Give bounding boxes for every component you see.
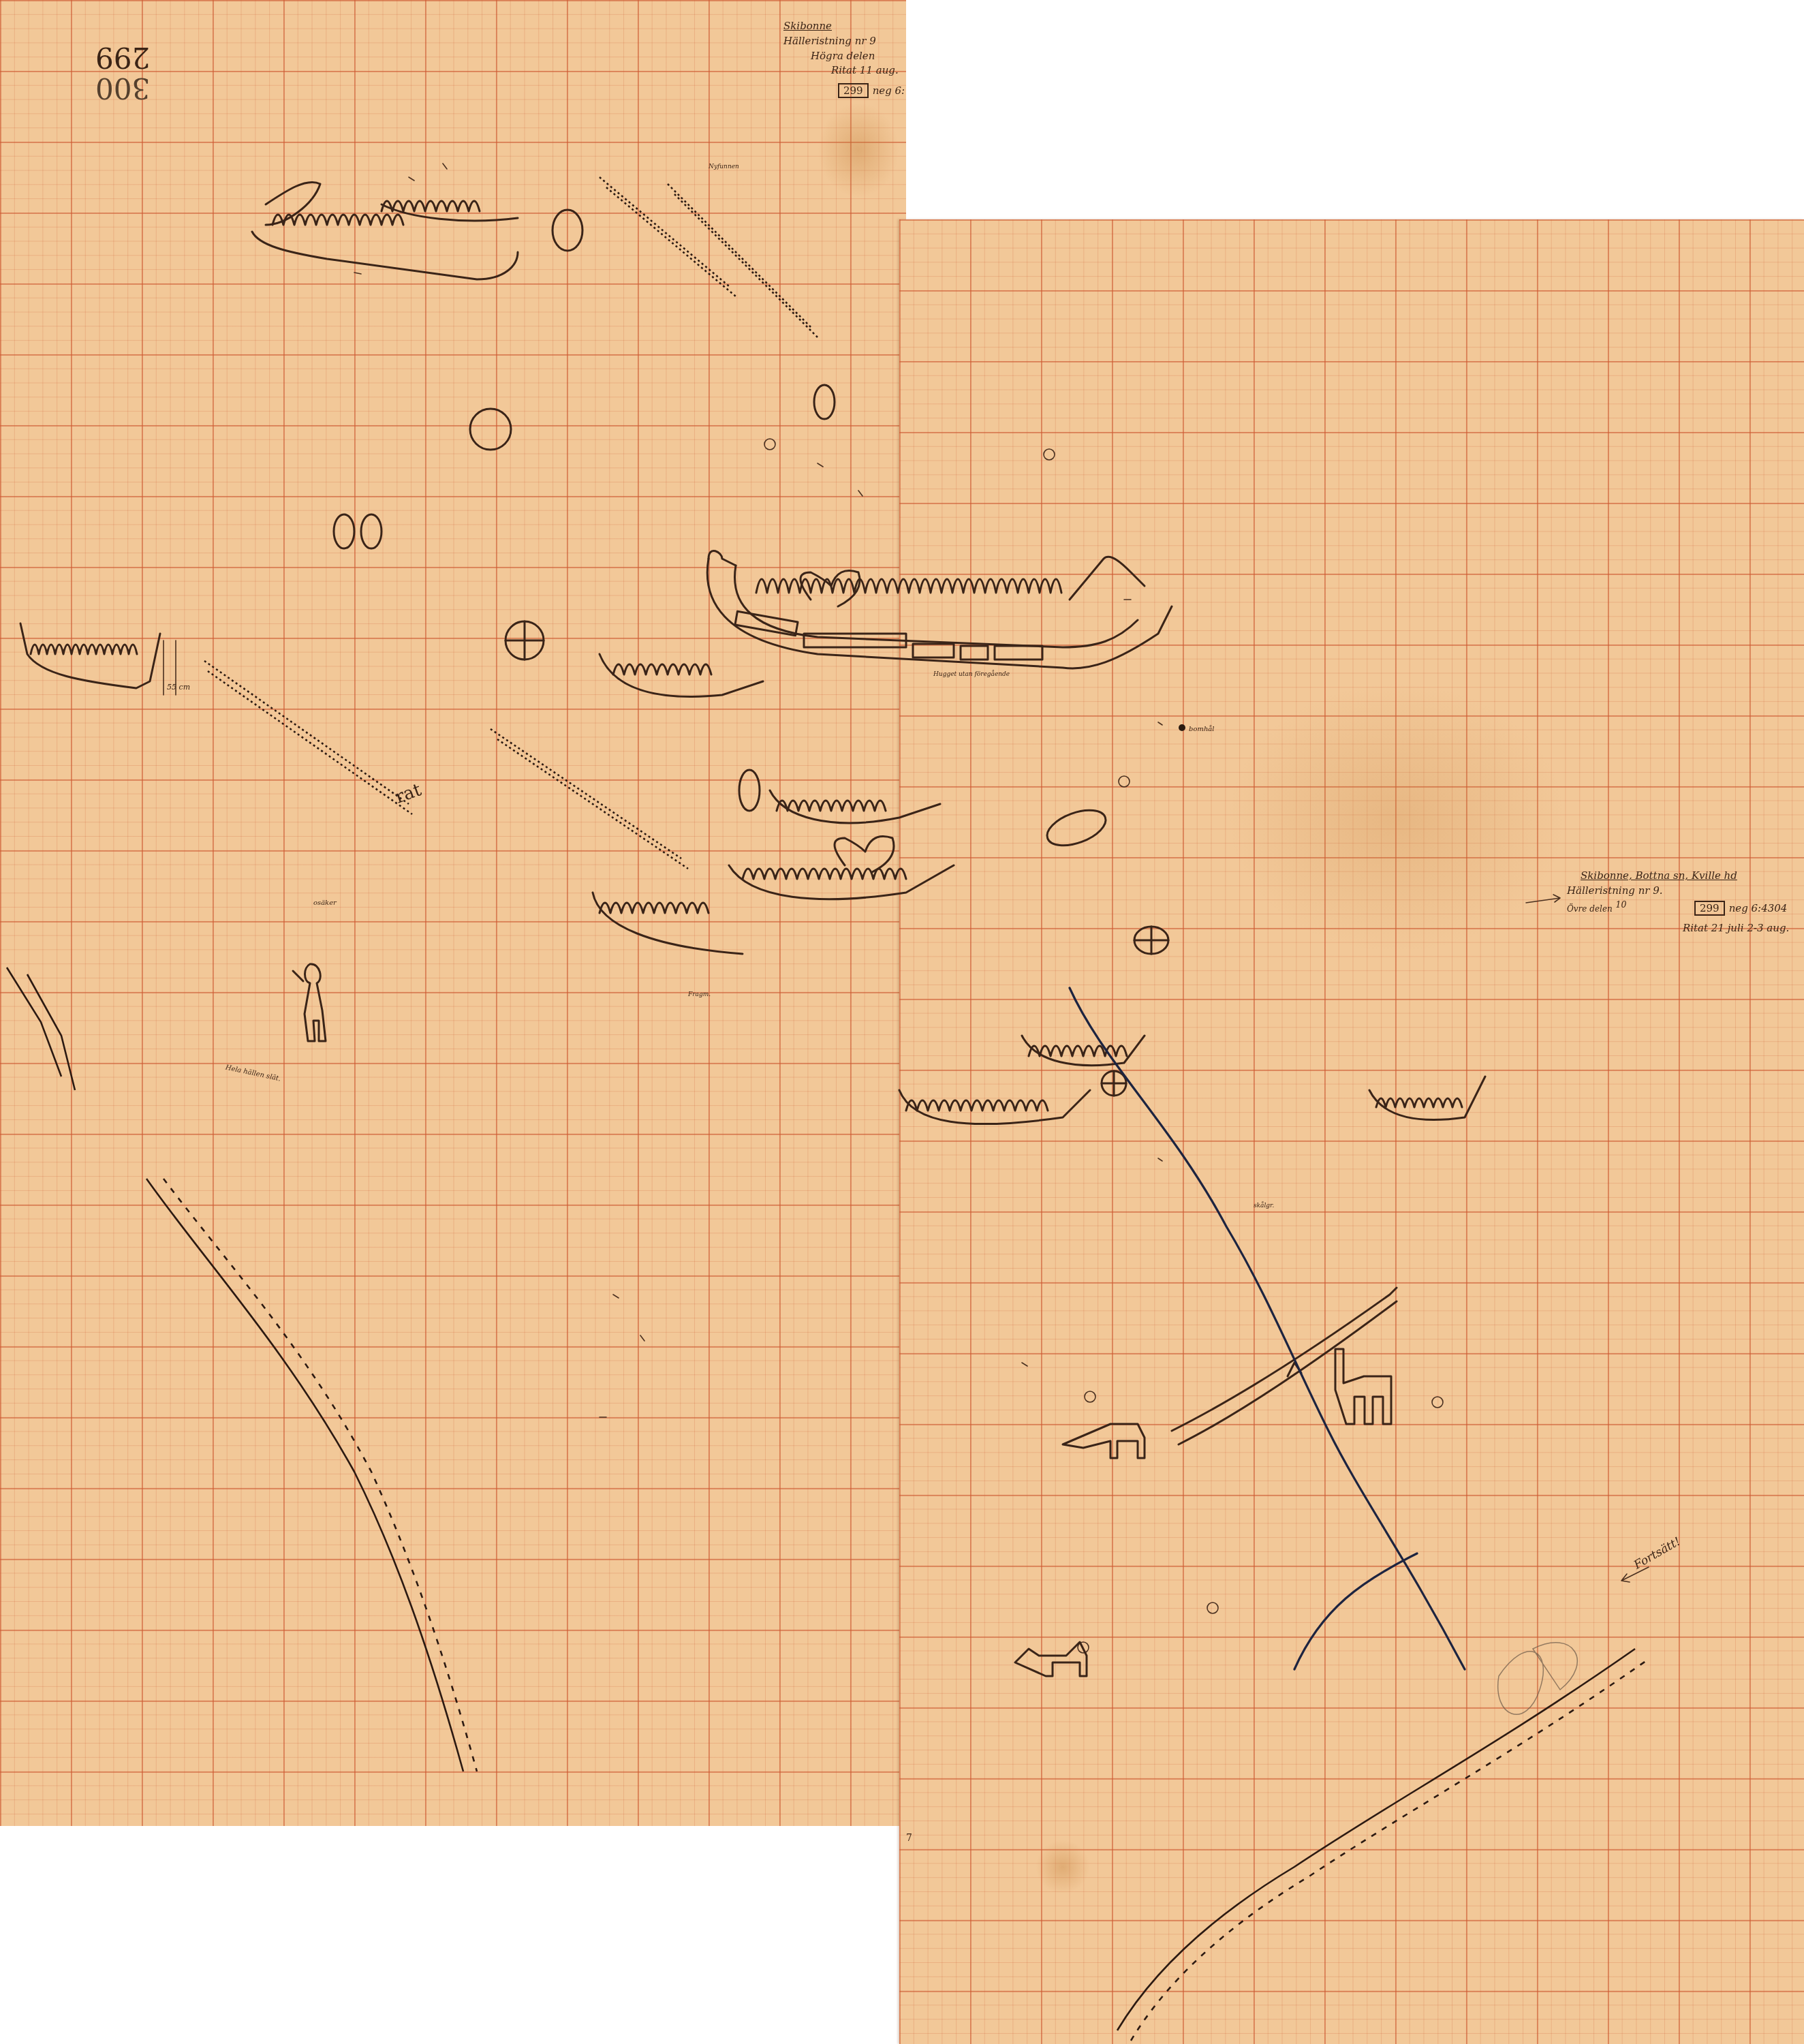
graph-paper-sheet-left [0, 0, 906, 1826]
header-right-ref-text: neg 6:4304 [1729, 902, 1788, 914]
header-left-ref-box: 299 [838, 83, 869, 98]
annotation-osaker: osäker [313, 899, 337, 907]
header-left-line1: Hälleristning nr 9 [783, 34, 905, 49]
graph-paper-sheet-right [899, 219, 1804, 2044]
annotation-measurement: 55 cm [167, 683, 190, 692]
header-right-ref-box: 299 [1694, 901, 1725, 916]
header-left-line2: Högra delen [783, 49, 905, 64]
annotation-skal: skålgr. [1254, 1203, 1274, 1209]
annotation-bomhal: bomhål [1189, 726, 1215, 733]
header-left-ref: 299neg 6: [783, 84, 905, 99]
annotation-nyfunnen: Nyfunnen [709, 164, 739, 170]
header-left-ref-text: neg 6: [873, 84, 905, 97]
header-left-block: Skibonne Hälleristning nr 9 Högra delen … [783, 19, 905, 99]
header-right-site: Skibonne, Bottna sn, Kville hd [1567, 869, 1789, 884]
paper-stain [1036, 1840, 1090, 1894]
header-right-line2-mark: 10 [1616, 899, 1627, 910]
header-left-site: Skibonne [783, 19, 905, 34]
header-right-line1: Hälleristning nr 9. [1567, 884, 1789, 899]
corner-number-top: 299 [95, 41, 150, 74]
paper-stain [818, 102, 899, 198]
header-right-date: Ritat 21 juli 2-3 aug. [1567, 921, 1789, 936]
header-left-line3: Ritat 11 aug. [783, 63, 905, 78]
corner-number-bottom: 300 [95, 72, 150, 105]
annotation-number: 7 [906, 1833, 912, 1844]
header-right-line2: Övre delen [1567, 904, 1613, 914]
header-right-block: Skibonne, Bottna sn, Kville hd Hällerist… [1567, 869, 1789, 936]
annotation-helt-hugget: Hugget utan föregående [933, 671, 1010, 678]
header-right-line2-row: Övre delen 10 299neg 6:4304 [1567, 899, 1789, 916]
annotation-fragment: Fragm. [688, 991, 711, 998]
paper-stain [1226, 681, 1567, 954]
